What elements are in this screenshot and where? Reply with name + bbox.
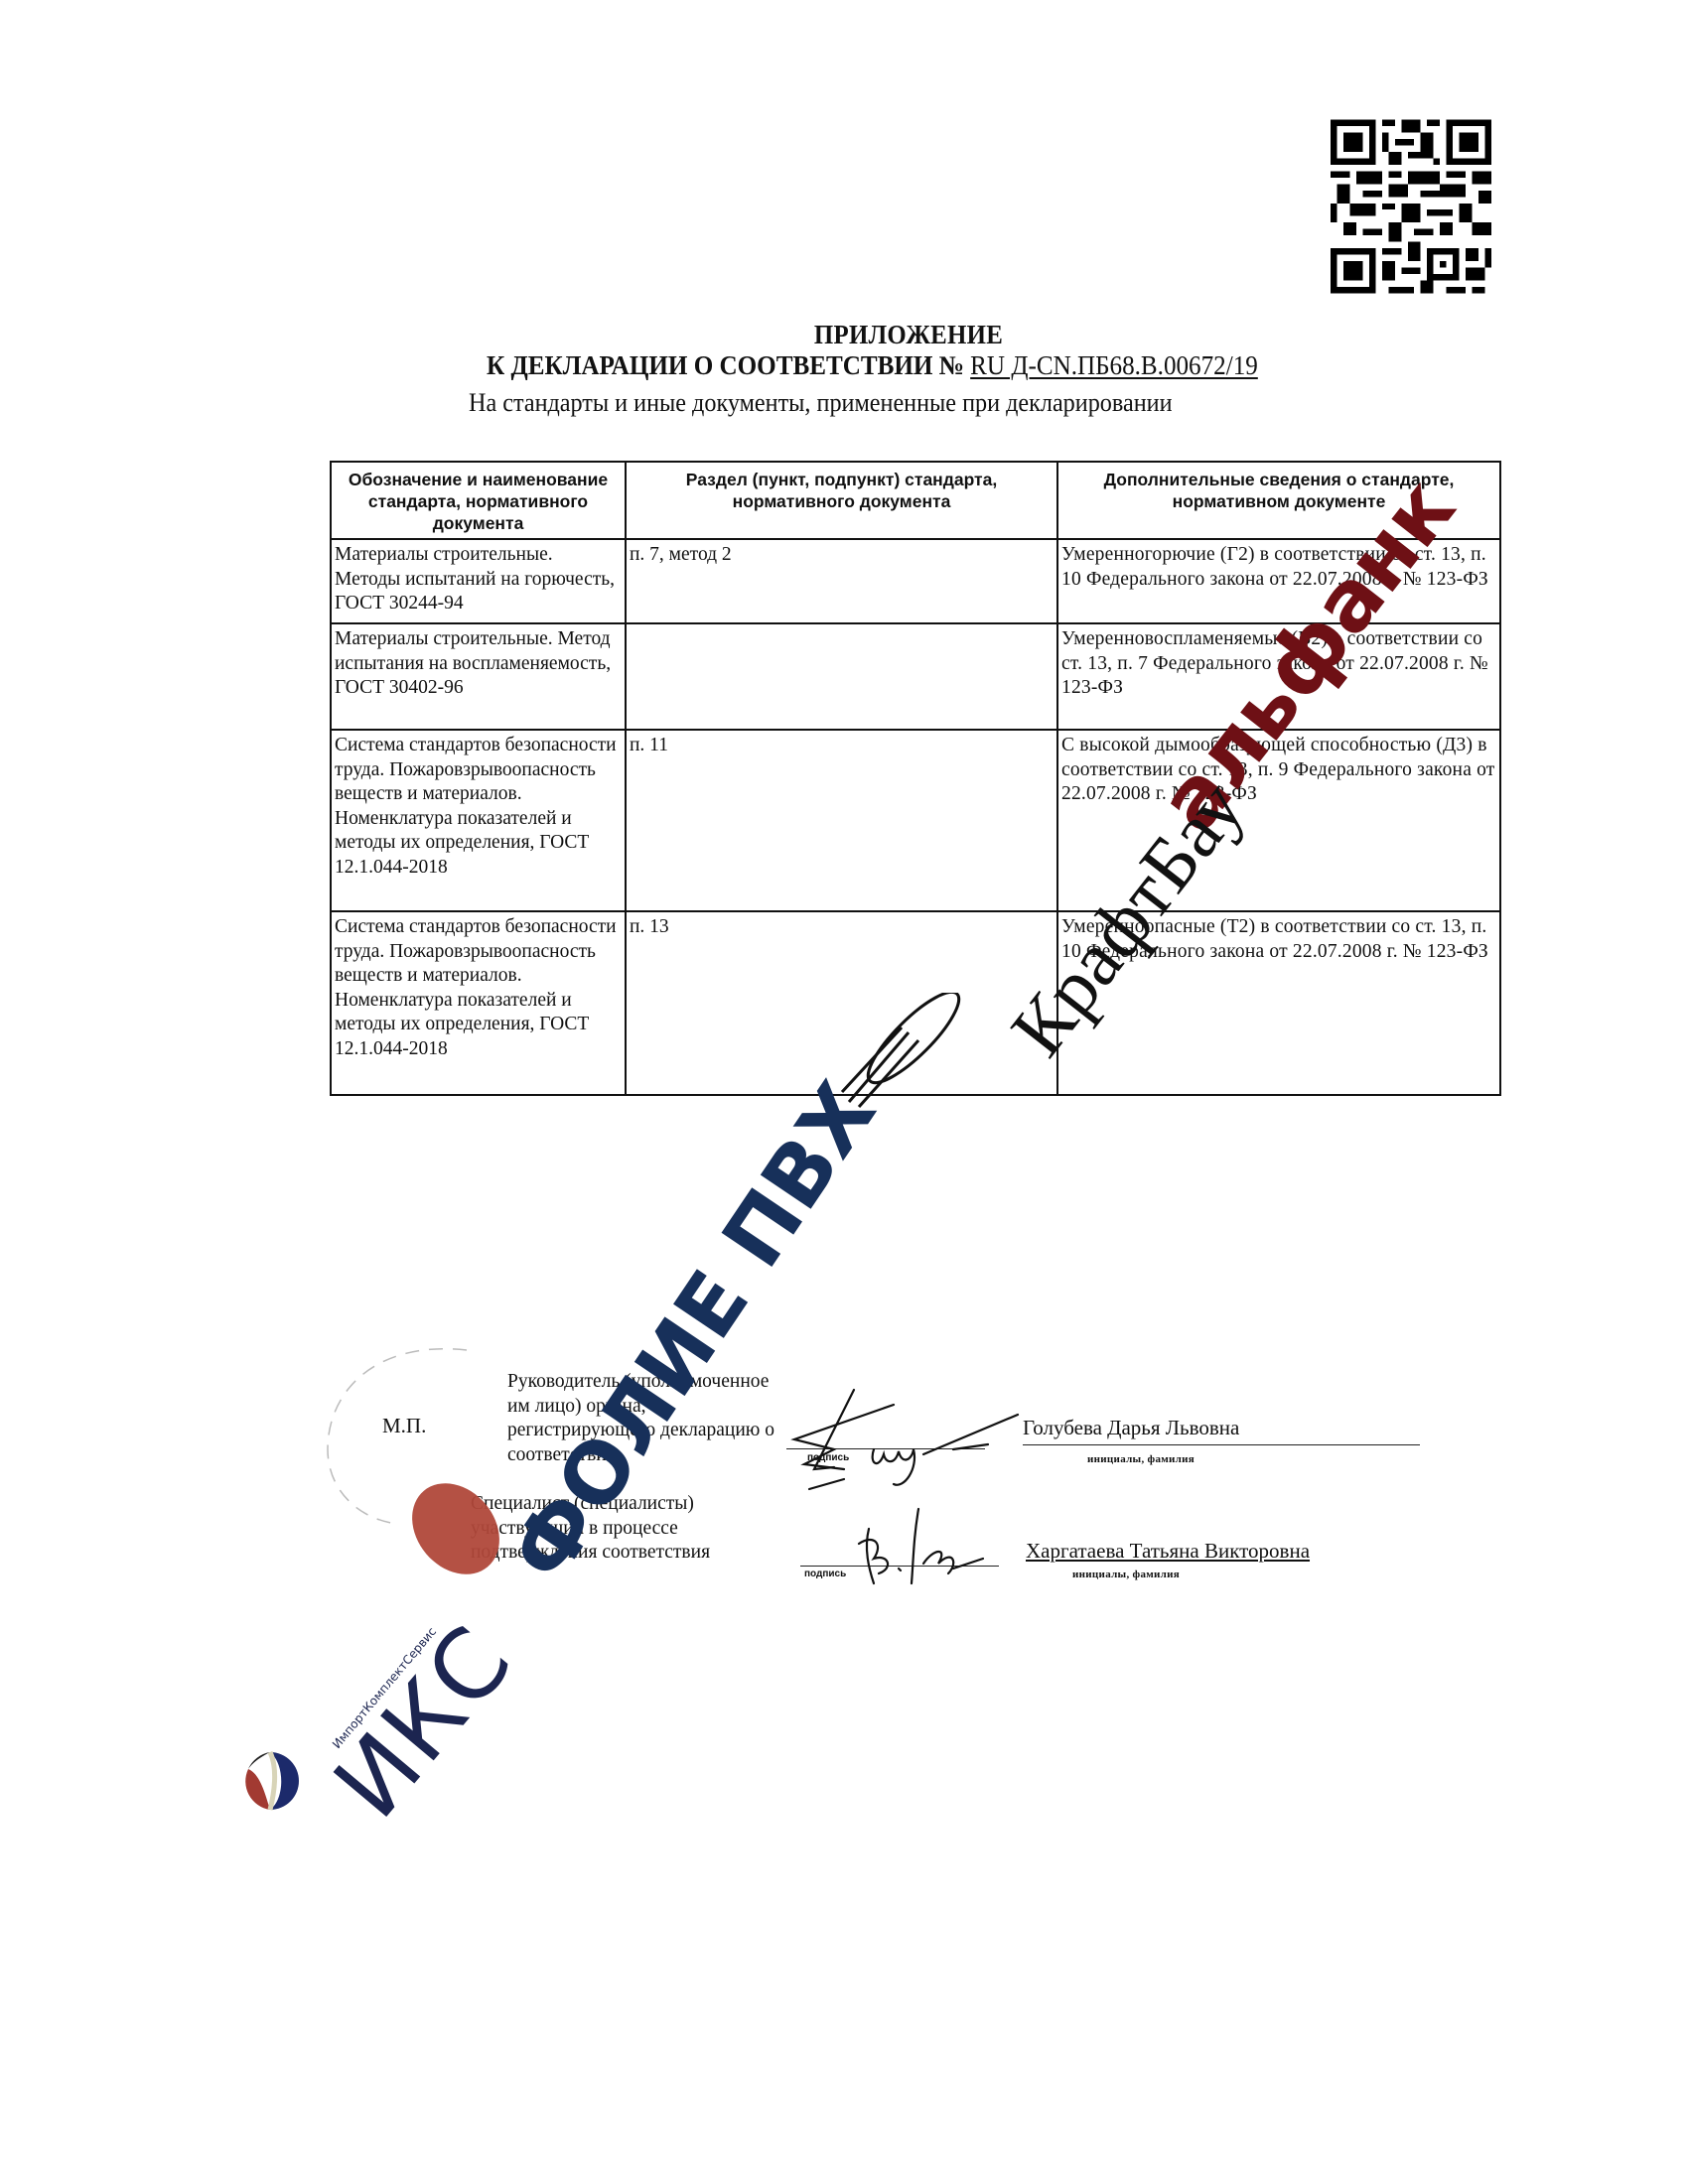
cell-standard: Материалы строительные. Метод испытания …: [331, 623, 626, 730]
table-header-row: Обозначение и наименование стандарта, но…: [331, 462, 1500, 539]
qr-code-icon: [1331, 119, 1491, 294]
head-name-line: [1023, 1444, 1420, 1445]
page-title: ПРИЛОЖЕНИЕ: [72, 320, 1688, 350]
cell-section: [626, 623, 1057, 730]
declaration-heading: К ДЕКЛАРАЦИИ О СООТВЕТСТВИИ № RU Д-CN.ПБ…: [487, 350, 1258, 381]
declaration-heading-prefix: К ДЕКЛАРАЦИИ О СООТВЕТСТВИИ №: [487, 350, 964, 380]
cell-standard: Система стандартов безопасности труда. П…: [331, 911, 626, 1095]
specialist-name: Харгатаева Татьяна Викторовна: [1026, 1539, 1310, 1564]
iks-logo-ball-icon: [240, 1749, 300, 1813]
table-row: Система стандартов безопасности труда. П…: [331, 730, 1500, 911]
cell-section: п. 7, метод 2: [626, 539, 1057, 623]
cell-section: п. 11: [626, 730, 1057, 911]
specialist-name-label: инициалы, фамилия: [1072, 1569, 1180, 1580]
head-name-label: инициалы, фамилия: [1087, 1453, 1195, 1465]
handwritten-signatures-icon: [774, 1370, 1033, 1598]
head-name: Голубева Дарья Львовна: [1023, 1416, 1239, 1440]
stamp-label: М.П.: [382, 1414, 426, 1438]
declaration-number: RU Д-CN.ПБ68.В.00672/19: [970, 350, 1258, 380]
document-description: На стандарты и иные документы, примененн…: [469, 388, 1173, 418]
header-section: Раздел (пункт, подпункт) стандарта, норм…: [626, 462, 1057, 539]
header-standard: Обозначение и наименование стандарта, но…: [331, 462, 626, 539]
cell-standard: Материалы строительные. Методы испытаний…: [331, 539, 626, 623]
cell-standard: Система стандартов безопасности труда. П…: [331, 730, 626, 911]
